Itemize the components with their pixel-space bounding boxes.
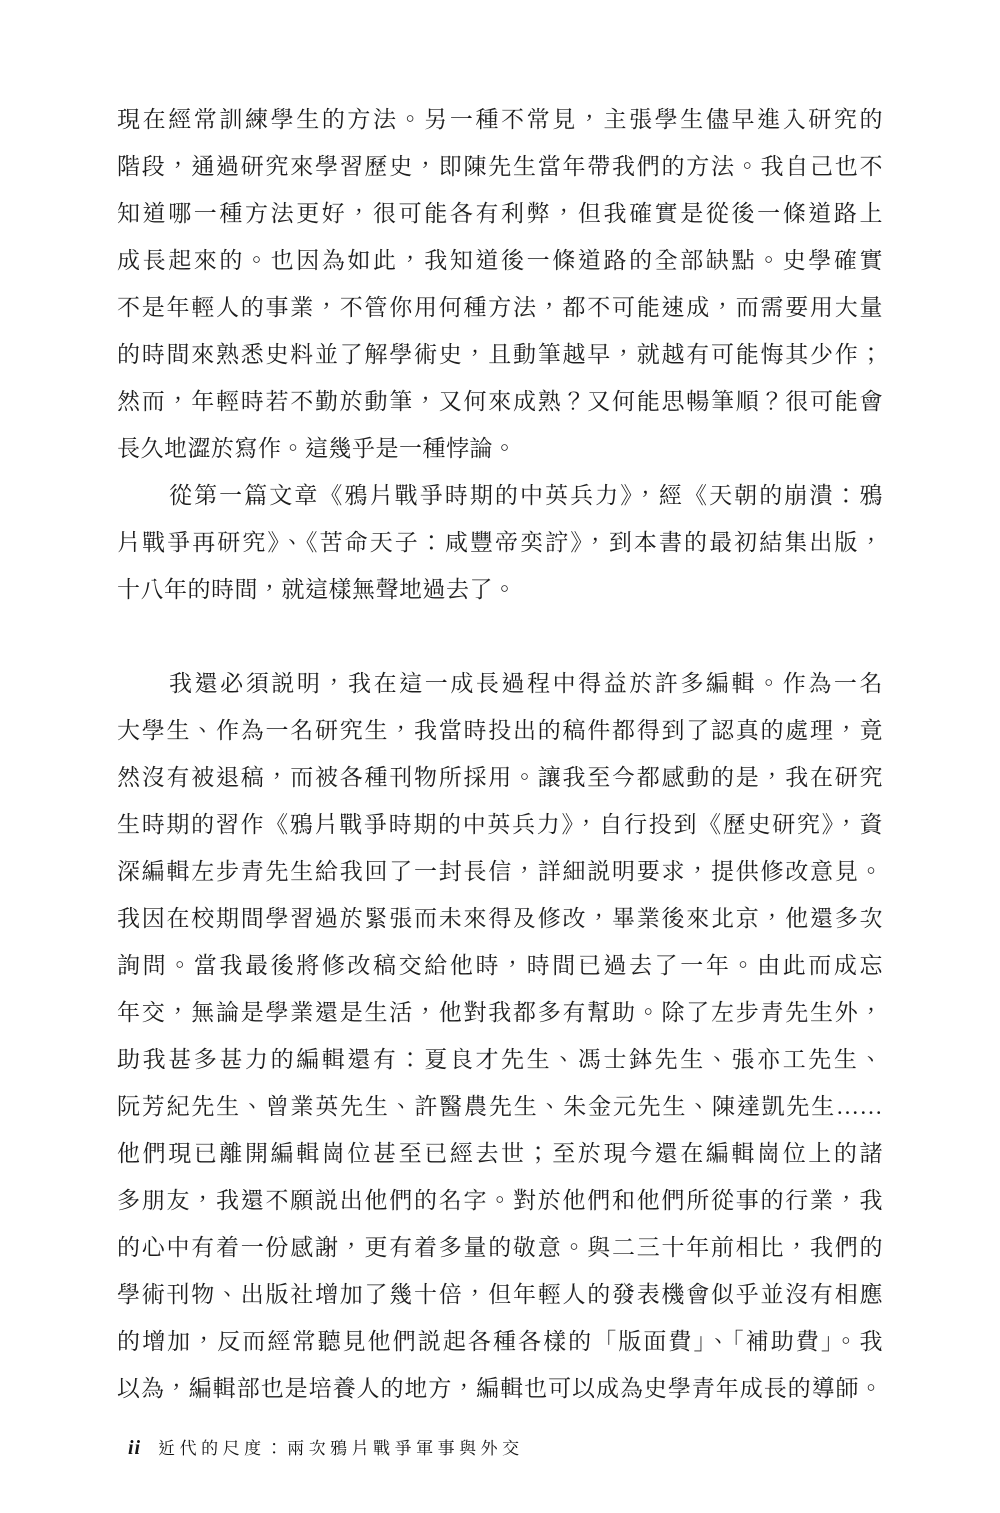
text-line: 的心中有着一份感謝，更有着多量的敬意。與二三十年前相比，我們的 bbox=[117, 1224, 883, 1271]
text-line: 現在經常訓練學生的方法。另一種不常見，主張學生儘早進入研究的 bbox=[117, 96, 883, 143]
text-line: 學術刊物、出版社增加了幾十倍，但年輕人的發表機會似乎並沒有相應 bbox=[117, 1271, 883, 1318]
text-line: 成長起來的。也因為如此，我知道後一條道路的全部缺點。史學確實 bbox=[117, 237, 883, 284]
text-line: 的增加，反而經常聽見他們説起各種各樣的「版面費」、「補助費」。我 bbox=[117, 1318, 883, 1365]
page-background: 現在經常訓練學生的方法。另一種不常見，主張學生儘早進入研究的階段，通過研究來學習… bbox=[0, 0, 1000, 1513]
text-line: 生時期的習作《鴉片戰爭時期的中英兵力》，自行投到《歷史研究》，資 bbox=[117, 801, 883, 848]
paragraph-2: 從第一篇文章《鴉片戰爭時期的中英兵力》，經《天朝的崩潰：鴉片戰爭再研究》、《苦命… bbox=[117, 472, 883, 613]
page-number: ii bbox=[128, 1437, 141, 1460]
text-line: 的時間來熟悉史料並了解學術史，且動筆越早，就越有可能悔其少作； bbox=[117, 331, 883, 378]
text-line: 我因在校期間學習過於緊張而未來得及修改，畢業後來北京，他還多次 bbox=[117, 895, 883, 942]
text-line: 他們現已離開編輯崗位甚至已經去世；至於現今還在編輯崗位上的諸 bbox=[117, 1130, 883, 1177]
text-line: 知道哪一種方法更好，很可能各有利弊，但我確實是從後一條道路上 bbox=[117, 190, 883, 237]
text-line: 年交，無論是學業還是生活，他對我都多有幫助。除了左步青先生外， bbox=[117, 989, 883, 1036]
footer-book-title: 近代的尺度：兩次鴉片戰爭軍事與外交 bbox=[158, 1434, 524, 1459]
text-line: 階段，通過研究來學習歷史，即陳先生當年帶我們的方法。我自己也不 bbox=[117, 143, 883, 190]
text-line: 長久地澀於寫作。這幾乎是一種悖論。 bbox=[117, 425, 883, 472]
text-line: 十八年的時間，就這樣無聲地過去了。 bbox=[117, 566, 883, 613]
paragraph-1: 現在經常訓練學生的方法。另一種不常見，主張學生儘早進入研究的階段，通過研究來學習… bbox=[117, 96, 883, 472]
text-line: 深編輯左步青先生給我回了一封長信，詳細説明要求，提供修改意見。 bbox=[117, 848, 883, 895]
text-line: 詢問。當我最後將修改稿交給他時，時間已過去了一年。由此而成忘 bbox=[117, 942, 883, 989]
text-block: 現在經常訓練學生的方法。另一種不常見，主張學生儘早進入研究的階段，通過研究來學習… bbox=[117, 96, 883, 1412]
text-line: 多朋友，我還不願説出他們的名字。對於他們和他們所從事的行業，我 bbox=[117, 1177, 883, 1224]
text-line: 片戰爭再研究》、《苦命天子：咸豐帝奕詝》，到本書的最初結集出版， bbox=[117, 519, 883, 566]
text-line: 從第一篇文章《鴉片戰爭時期的中英兵力》，經《天朝的崩潰：鴉 bbox=[117, 472, 883, 519]
text-line: 然而，年輕時若不勤於動筆，又何來成熟？又何能思暢筆順？很可能會 bbox=[117, 378, 883, 425]
text-line: 我還必須説明，我在這一成長過程中得益於許多編輯。作為一名 bbox=[117, 660, 883, 707]
page-footer: ii 近代的尺度：兩次鴉片戰爭軍事與外交 bbox=[128, 1434, 524, 1460]
text-line: 阮芳紀先生、曾業英先生、許醫農先生、朱金元先生、陳達凱先生…… bbox=[117, 1083, 883, 1130]
text-line: 然沒有被退稿，而被各種刊物所採用。讓我至今都感動的是，我在研究 bbox=[117, 754, 883, 801]
paragraph-3: 我還必須説明，我在這一成長過程中得益於許多編輯。作為一名大學生、作為一名研究生，… bbox=[117, 660, 883, 1412]
book-page-scan: { "document": { "language": "zh-Hant", "… bbox=[0, 0, 1000, 1513]
text-line: 助我甚多甚力的編輯還有：夏良才先生、馮士鉢先生、張亦工先生、 bbox=[117, 1036, 883, 1083]
text-line: 以為，編輯部也是培養人的地方，編輯也可以成為史學青年成長的導師。 bbox=[117, 1365, 883, 1412]
text-line: 大學生、作為一名研究生，我當時投出的稿件都得到了認真的處理，竟 bbox=[117, 707, 883, 754]
text-line: 不是年輕人的事業，不管你用何種方法，都不可能速成，而需要用大量 bbox=[117, 284, 883, 331]
